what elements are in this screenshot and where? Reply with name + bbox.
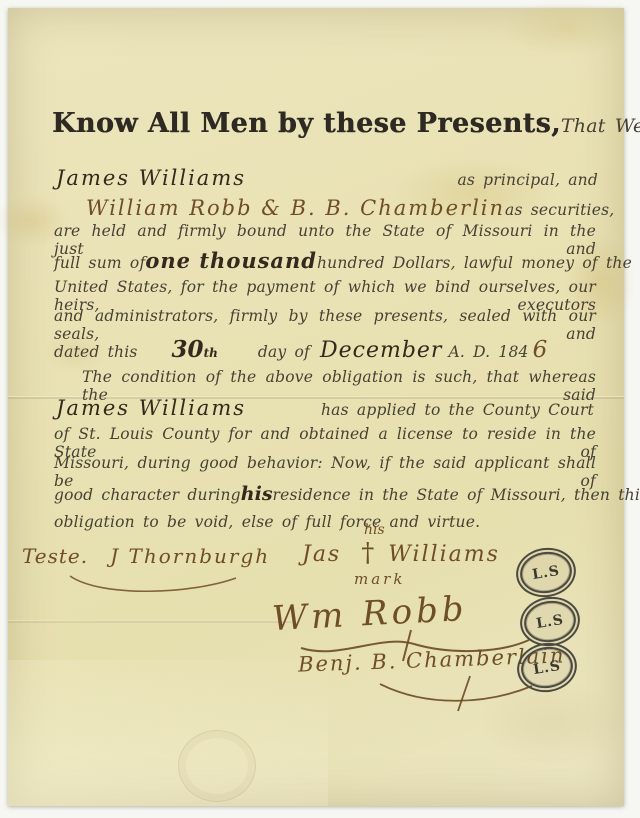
williams-first-name: Jas	[302, 542, 341, 567]
day-handwritten: 30	[172, 336, 204, 363]
day-ordinal-suffix: th	[204, 346, 218, 360]
obligation-line-2-suffix: hundred Dollars, lawful money of the	[317, 254, 632, 272]
condition-line-5: good character during his residence in t…	[54, 483, 596, 505]
seal-text: L.S	[531, 562, 561, 582]
principal-line: James Williams as principal, and	[56, 166, 598, 190]
securities-label: as securities,	[505, 201, 614, 219]
scanned-document: Know All Men by these Presents, That We,…	[0, 0, 640, 818]
signature-flourish	[68, 572, 240, 598]
attest-label-handwritten: Teste.	[22, 544, 88, 568]
dated-prefix: dated this	[54, 343, 138, 361]
mark-cross-symbol: †	[361, 538, 374, 568]
principal-name-handwritten: James Williams	[56, 166, 246, 190]
his-word: his	[364, 522, 522, 538]
heading-blackletter-text: Know All Men by these Presents,	[52, 108, 561, 139]
document-heading: Know All Men by these Presents, That We,	[52, 108, 604, 139]
condition-line-5-suffix: residence in the State of Missouri, then…	[273, 486, 640, 504]
securities-names-handwritten: William Robb & B. B. Chamberlin	[86, 196, 505, 220]
mark-row: Jas † Williams	[302, 538, 522, 568]
securities-line: William Robb & B. B. Chamberlin as secur…	[86, 196, 598, 220]
dated-middle: day of	[258, 343, 310, 361]
heading-continuation-text: That We,	[561, 115, 640, 137]
condition-line-2: James Williams has applied to the County…	[56, 396, 594, 420]
seal-text: L.S	[535, 611, 565, 631]
condition-line-5-prefix: good character during	[54, 486, 241, 504]
paper-light-patch	[8, 660, 328, 806]
seal-text: L.S	[532, 657, 562, 677]
document-page: Know All Men by these Presents, That We,…	[8, 8, 624, 806]
condition-line-2-suffix: has applied to the County Court	[321, 401, 594, 419]
pronoun-handwritten: his	[241, 483, 273, 505]
embossed-seal-impression	[178, 730, 256, 802]
mark-word: mark	[354, 570, 522, 588]
principal-label: as principal, and	[457, 171, 598, 189]
obligation-line-2: full sum of one thousand hundred Dollars…	[54, 248, 596, 273]
applicant-name-handwritten: James Williams	[56, 396, 246, 420]
dated-line: dated this 30 th day of December A. D. 1…	[54, 336, 547, 363]
obligation-line-2-prefix: full sum of	[54, 254, 145, 272]
ls-wafer-seal: L.S	[513, 544, 580, 602]
paper-stain	[500, 0, 630, 56]
signature-flourish	[376, 676, 536, 712]
month-handwritten: December	[320, 338, 442, 363]
attest-signature: J Thornburgh	[110, 544, 270, 568]
attestation-line: Teste. J Thornburgh	[22, 544, 270, 568]
fold-crease	[8, 620, 291, 623]
year-prefix: A. D. 184	[448, 343, 528, 361]
williams-mark-signature: his Jas † Williams mark	[302, 522, 522, 588]
williams-last-name: Williams	[388, 542, 500, 567]
sum-handwritten: one thousand	[145, 248, 317, 273]
year-digit-handwritten: 6	[533, 337, 548, 363]
